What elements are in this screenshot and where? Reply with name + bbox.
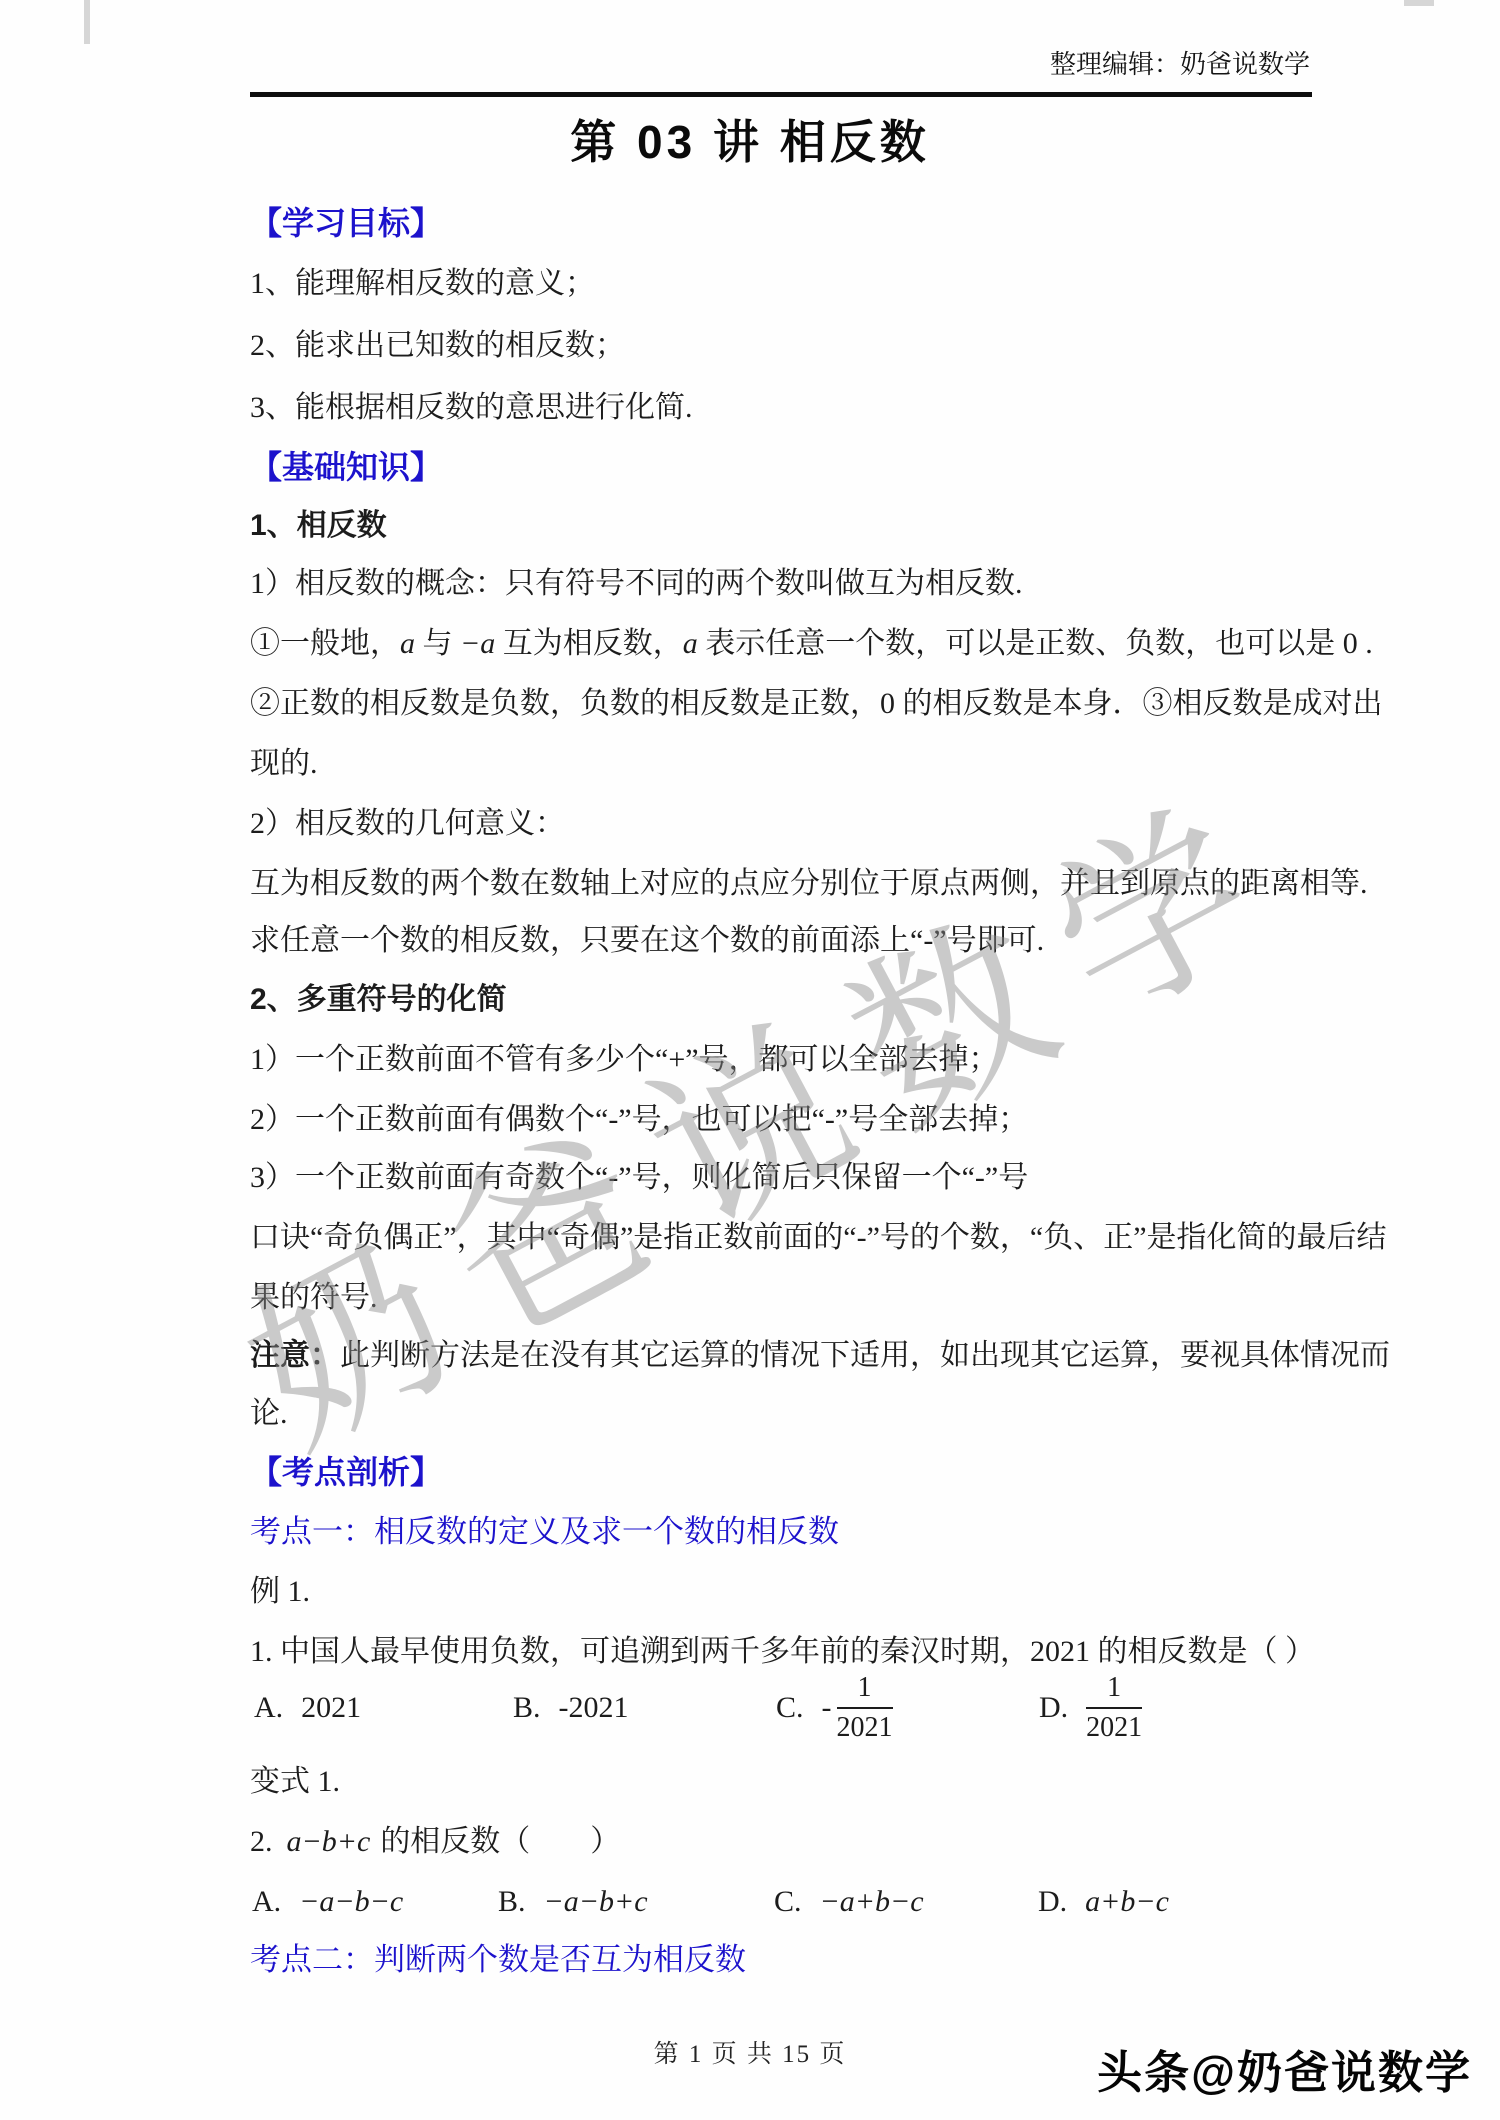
option-c-label: C. [776,1691,804,1725]
learning-goal-1: 1、能理解相反数的意义； [250,264,595,304]
topic1-heading: 1、相反数 [250,506,387,546]
concept-line: 1）相反数的概念：只有符号不同的两个数叫做互为相反数. [250,564,1023,604]
option-c-fraction: 12021 [837,1672,893,1744]
option-a-label: A. [252,1885,281,1918]
fraction-denominator: 2021 [1086,1709,1142,1744]
scan-artifact-top-right [1404,0,1434,6]
geometry-line-1: 互为相反数的两个数在数轴上对应的点应分别位于原点两侧，并且到原点的距离相等. [250,864,1368,904]
option-d-value: a+b−c [1085,1885,1169,1918]
note-text: 此判断方法是在没有其它运算的情况下适用，如出现其它运算，要视具体情况而 [340,1339,1390,1372]
option-c: C.-12021 [776,1662,893,1754]
option-c-minus: - [822,1691,832,1725]
option-a-value: −a−b−c [299,1885,403,1918]
question-2-text: 的相反数（ ） [380,1825,620,1858]
general-form-line: ①一般地，a 与 −a 互为相反数，a 表示任意一个数，可以是正数、负数，也可以… [250,624,1373,664]
property-line-1: ②正数的相反数是负数，负数的相反数是正数，0 的相反数是本身．③相反数是成对出 [250,684,1383,724]
header-divider [250,92,1312,97]
scan-artifact-top-left [84,0,90,44]
sign-rule-2: 2）一个正数前面有偶数个“-”号，也可以把“-”号全部去掉； [250,1100,1028,1140]
math-a-2: a [683,627,698,660]
mnemonic-line-2: 果的符号. [250,1278,378,1318]
option-b: B.−a−b+c [498,1882,648,1922]
option-a: A.−a−b−c [252,1882,403,1922]
general-text-3: 互为相反数， [495,627,683,660]
exam-heading: 【考点剖析】 [250,1452,442,1492]
option-c: C.−a+b−c [774,1882,924,1922]
option-d: D.a+b−c [1038,1882,1169,1922]
option-d-label: D. [1038,1885,1067,1918]
mnemonic-line-1: 口诀“奇负偶正”，其中“奇偶”是指正数前面的“-”号的个数，“负、正”是指化简的… [250,1218,1387,1258]
math-a: a [400,627,415,660]
brand-signature: 头条@奶爸说数学 [1097,2036,1472,2101]
option-a: A.2021 [254,1662,361,1754]
option-a-value: 2021 [301,1691,361,1725]
topic2-heading: 2、多重符号的化简 [250,980,507,1020]
basics-heading: 【基础知识】 [250,447,442,487]
example-1-label: 例 1. [250,1572,310,1612]
option-a-label: A. [254,1691,283,1725]
sign-rule-1: 1）一个正数前面不管有多少个“+”号，都可以全部去掉； [250,1040,999,1080]
learning-goals-heading: 【学习目标】 [250,203,442,243]
note-line-1: 注意：此判断方法是在没有其它运算的情况下适用，如出现其它运算，要视具体情况而 [250,1336,1390,1376]
question-2: 2.a−b+c的相反数（ ） [250,1822,620,1862]
option-b-label: B. [498,1885,526,1918]
note-line-2: 论. [250,1394,288,1434]
question-2-math: a−b+c [287,1825,371,1858]
option-c-value: −a+b−c [820,1885,924,1918]
geometry-line-2: 求任意一个数的相反数，只要在这个数的前面添上“-”号即可. [250,921,1044,961]
geometry-heading: 2）相反数的几何意义： [250,804,565,844]
question-2-number: 2. [250,1825,273,1858]
fraction-numerator: 1 [1086,1672,1142,1709]
general-text-2: 与 [415,627,460,660]
option-b-value: -2021 [559,1691,629,1725]
fraction-denominator: 2021 [837,1709,893,1744]
learning-goal-2: 2、能求出已知数的相反数； [250,326,625,366]
document-page: 整理编辑：奶爸说数学 第 03 讲 相反数 【学习目标】 1、能理解相反数的意义… [0,0,1500,2120]
lesson-title: 第 03 讲 相反数 [0,106,1500,172]
option-b: B.-2021 [513,1662,629,1754]
option-d: D.12021 [1039,1662,1142,1754]
note-label: 注意： [250,1339,340,1372]
kaodian-1: 考点一：相反数的定义及求一个数的相反数 [250,1512,839,1552]
option-b-label: B. [513,1691,541,1725]
question-1-options: A.2021 B.-2021 C.-12021 D.12021 [254,1662,1354,1754]
option-d-label: D. [1039,1691,1068,1725]
fraction-numerator: 1 [837,1672,893,1709]
general-text-1: ①一般地， [250,627,400,660]
variant-1-label: 变式 1. [250,1762,340,1802]
general-text-4: 表示任意一个数，可以是正数、负数，也可以是 0 . [698,627,1373,660]
kaodian-2: 考点二：判断两个数是否互为相反数 [250,1940,746,1980]
option-b-value: −a−b+c [544,1885,648,1918]
math-neg-a: −a [460,627,495,660]
option-d-fraction: 12021 [1086,1672,1142,1744]
editor-credit: 整理编辑：奶爸说数学 [1050,44,1310,81]
sign-rule-3: 3）一个正数前面有奇数个“-”号，则化简后只保留一个“-”号 [250,1158,1028,1198]
learning-goal-3: 3、能根据相反数的意思进行化简. [250,388,693,428]
property-line-2: 现的. [250,744,318,784]
option-c-label: C. [774,1885,802,1918]
